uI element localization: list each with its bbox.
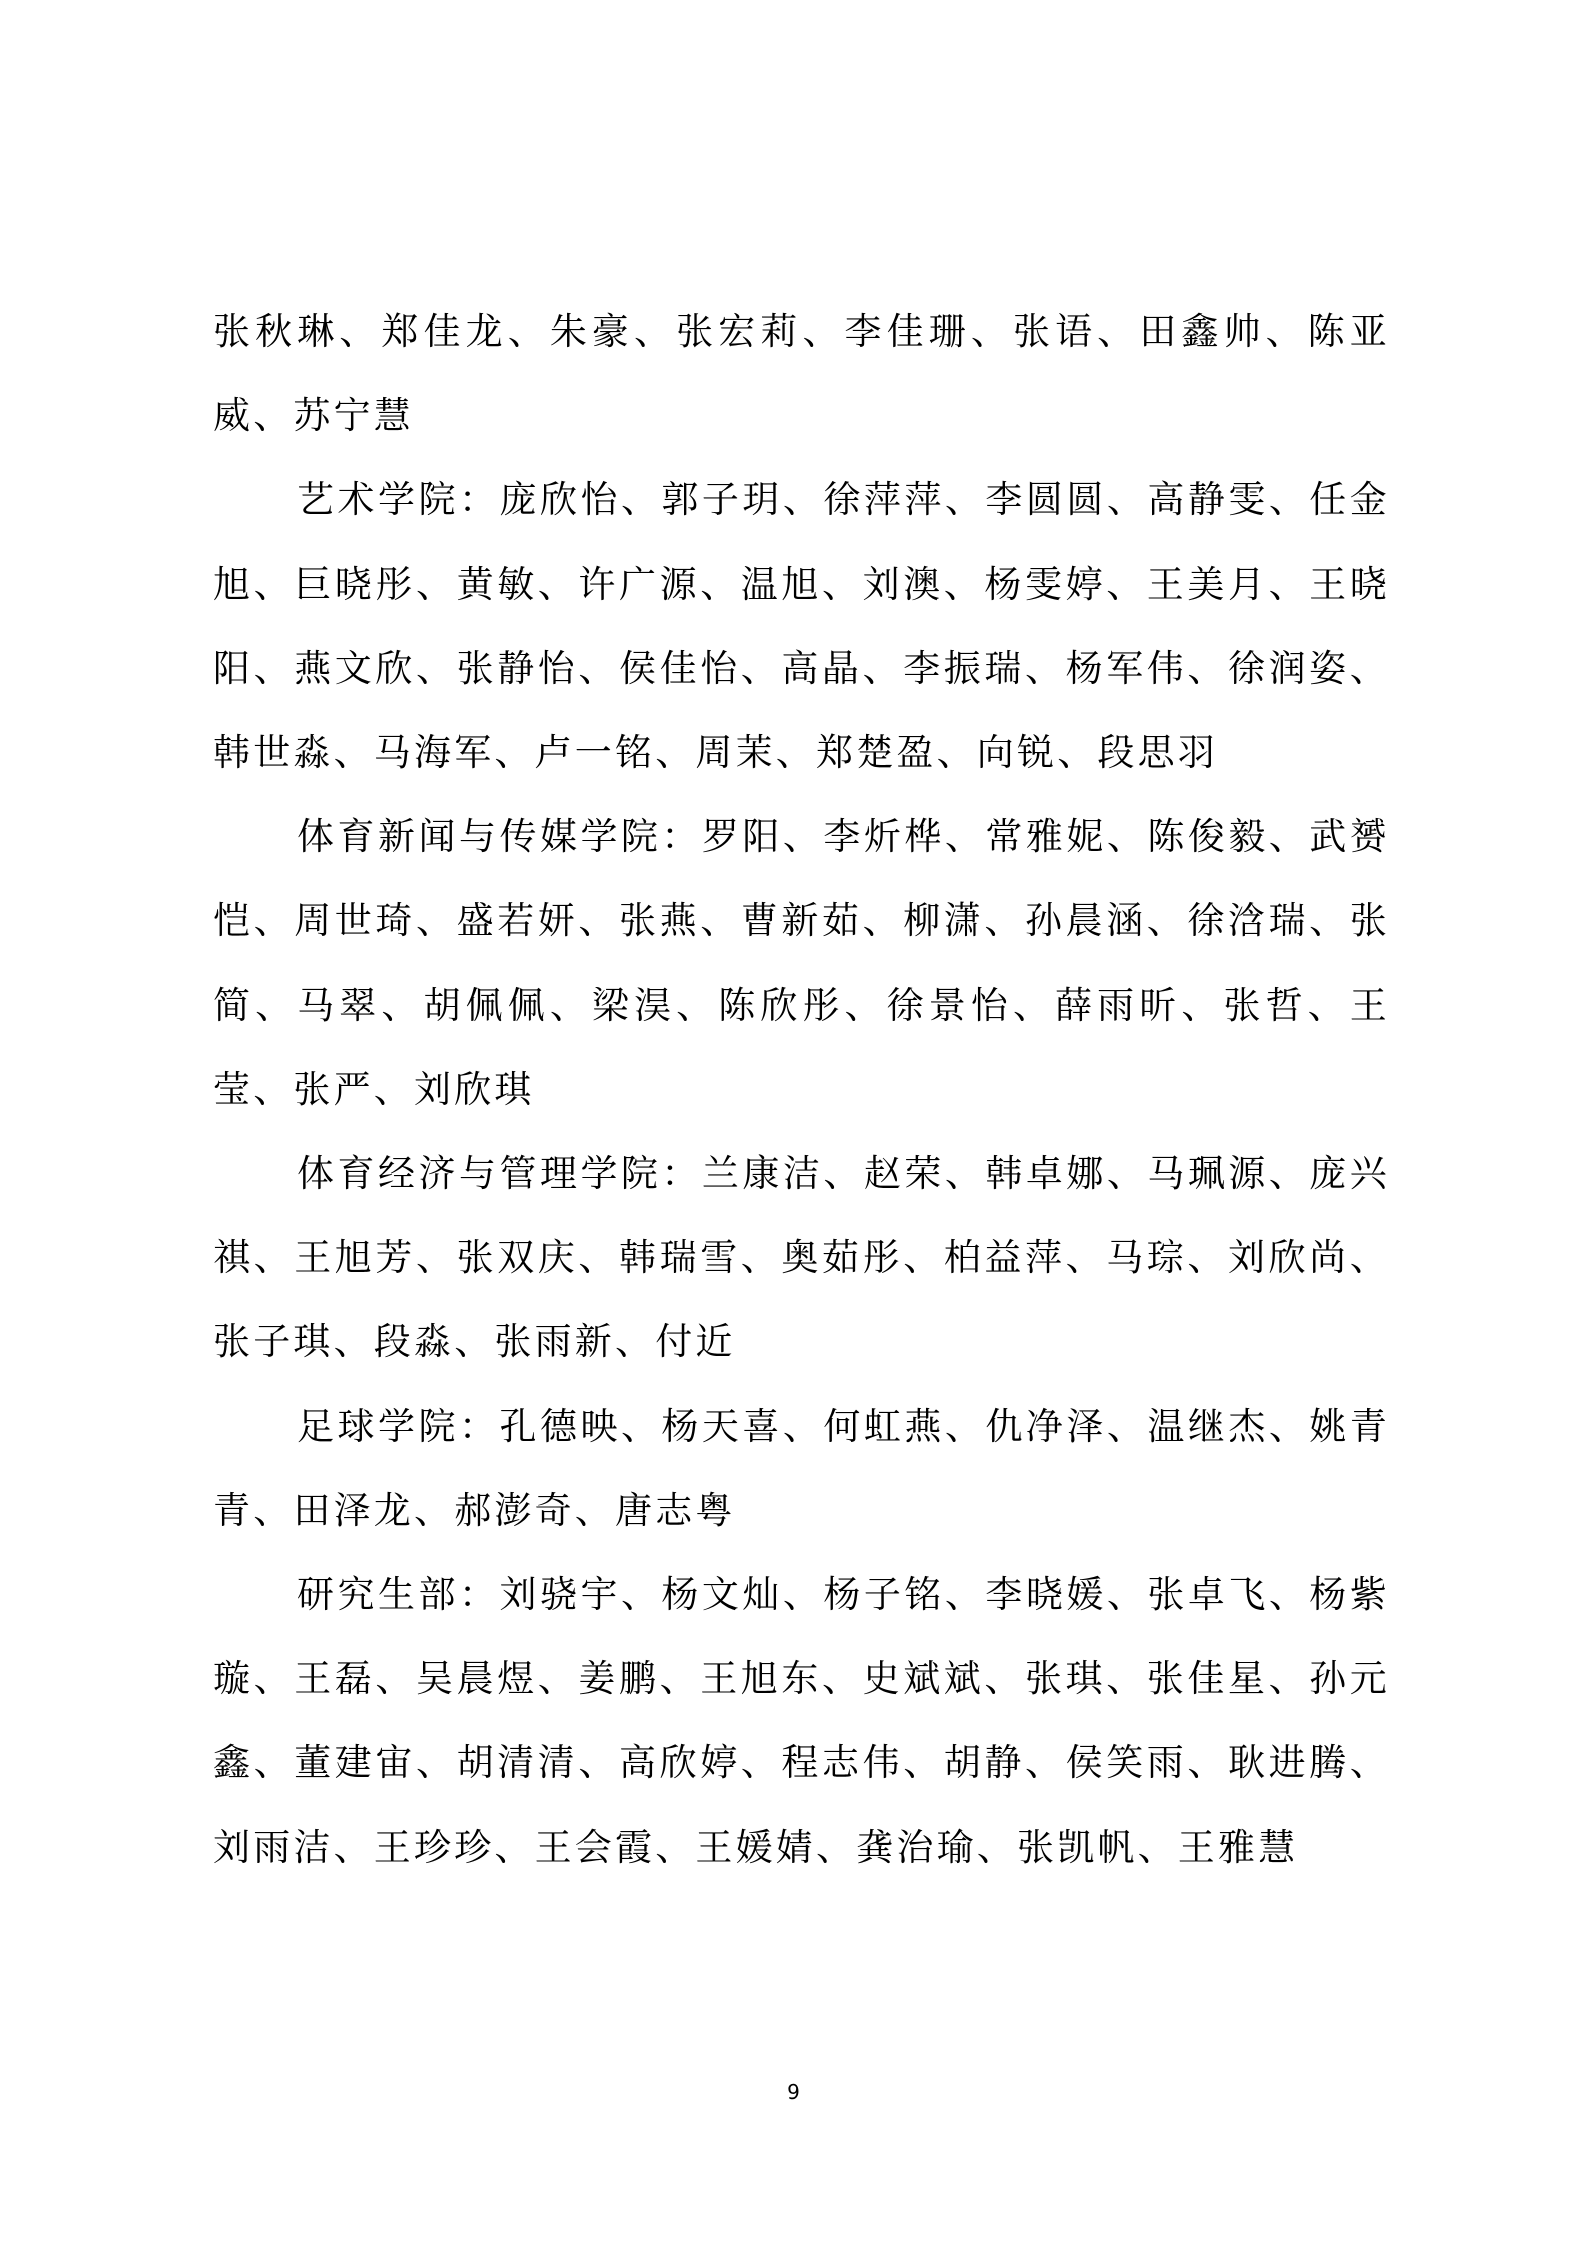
names-list: 庞欣怡、郭子玥、徐萍萍、李圆圆、高静雯、任金旭、巨晓彤、黄敏、许广源、温旭、刘澳…	[213, 478, 1390, 774]
page-number: 9	[0, 2080, 1587, 2104]
section-label: 体育新闻与传媒学院：	[297, 815, 702, 858]
continuation-paragraph: 张秋琳、郑佳龙、朱豪、张宏莉、李佳珊、张语、田鑫帅、陈亚威、苏宁慧	[213, 290, 1390, 458]
section-paragraph-football: 足球学院：孔德映、杨天喜、何虹燕、仇净泽、温继杰、姚青青、田泽龙、郝澎奇、唐志粤	[213, 1385, 1390, 1553]
section-label: 研究生部：	[297, 1573, 499, 1616]
names-list: 罗阳、李炘桦、常雅妮、陈俊毅、武赟恺、周世琦、盛若妍、张燕、曹新茹、柳潇、孙晨涵…	[213, 815, 1390, 1111]
section-label: 足球学院：	[297, 1405, 499, 1448]
section-label: 体育经济与管理学院：	[297, 1152, 702, 1195]
names-list: 刘骁宇、杨文灿、杨子铭、李晓媛、张卓飞、杨紫璇、王磊、吴晨煜、姜鹏、王旭东、史斌…	[213, 1573, 1390, 1869]
section-paragraph-journalism: 体育新闻与传媒学院：罗阳、李炘桦、常雅妮、陈俊毅、武赟恺、周世琦、盛若妍、张燕、…	[213, 795, 1390, 1132]
section-paragraph-graduate: 研究生部：刘骁宇、杨文灿、杨子铭、李晓媛、张卓飞、杨紫璇、王磊、吴晨煜、姜鹏、王…	[213, 1553, 1390, 1890]
names-list: 张秋琳、郑佳龙、朱豪、张宏莉、李佳珊、张语、田鑫帅、陈亚威、苏宁慧	[213, 310, 1390, 437]
section-label: 艺术学院：	[297, 478, 499, 521]
document-page: 张秋琳、郑佳龙、朱豪、张宏莉、李佳珊、张语、田鑫帅、陈亚威、苏宁慧 艺术学院：庞…	[213, 290, 1390, 1890]
section-paragraph-economics: 体育经济与管理学院：兰康洁、赵荣、韩卓娜、马珮源、庞兴祺、王旭芳、张双庆、韩瑞雪…	[213, 1132, 1390, 1385]
section-paragraph-art: 艺术学院：庞欣怡、郭子玥、徐萍萍、李圆圆、高静雯、任金旭、巨晓彤、黄敏、许广源、…	[213, 458, 1390, 795]
